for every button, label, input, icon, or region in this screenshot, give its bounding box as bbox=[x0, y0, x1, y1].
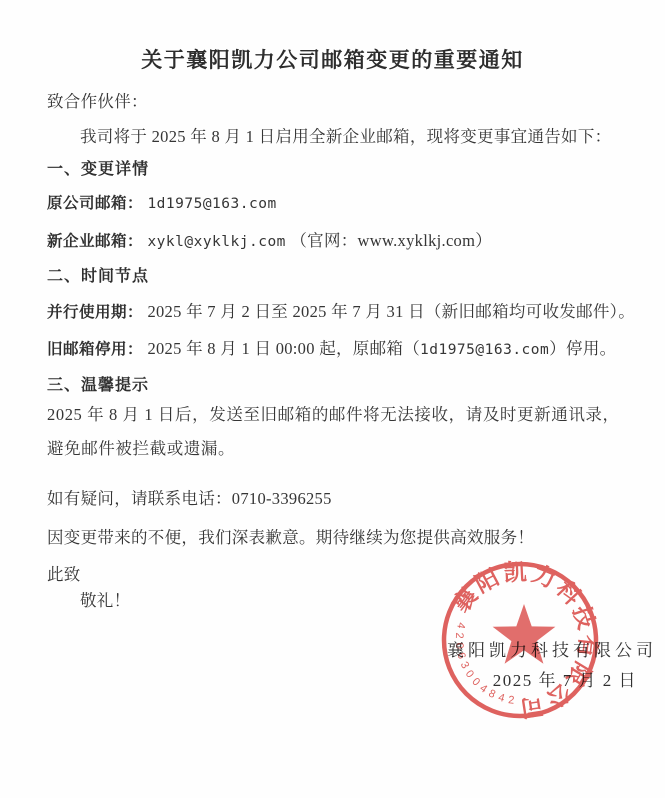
closing-jingli: 敬礼！ bbox=[80, 587, 130, 611]
old-email-line: 原公司邮箱： 1d1975@163.com bbox=[47, 191, 277, 213]
section-heading-2: 二、时间节点 bbox=[47, 263, 149, 286]
stop-text-prefix: 2025 年 8 月 1 日 00:00 起，原邮箱（ bbox=[147, 339, 420, 358]
new-email-line: 新企业邮箱： xykl@xyklkj.com （官网：www.xyklkj.co… bbox=[47, 227, 492, 251]
old-email-stop-label: 旧邮箱停用： bbox=[47, 341, 143, 358]
contact-line: 如有疑问，请联系电话：0710-3396255 bbox=[47, 485, 332, 509]
section-heading-1: 一、变更详情 bbox=[47, 156, 149, 179]
parallel-period-line: 并行使用期： 2025 年 7 月 2 日至 2025 年 7 月 31 日（新… bbox=[47, 298, 635, 322]
old-email-stop-line: 旧邮箱停用： 2025 年 8 月 1 日 00:00 起，原邮箱（1d1975… bbox=[47, 335, 616, 359]
salutation: 致合作伙伴： bbox=[47, 88, 148, 112]
company-seal: 襄阳凯力科技有限公司 420630048426 bbox=[420, 540, 620, 740]
new-email-note: （官网：www.xyklkj.com） bbox=[290, 231, 492, 250]
intro-line: 我司将于 2025 年 8 月 1 日启用全新企业邮箱，现将变更事宜通告如下： bbox=[80, 123, 611, 147]
closing-cizhi: 此致 bbox=[47, 561, 81, 585]
seal-star-icon bbox=[493, 604, 556, 664]
old-email-label: 原公司邮箱： bbox=[47, 195, 143, 212]
old-email-value: 1d1975@163.com bbox=[147, 196, 276, 212]
new-email-value: xykl@xyklkj.com bbox=[147, 234, 285, 250]
new-email-label: 新企业邮箱： bbox=[47, 233, 143, 250]
parallel-period-label: 并行使用期： bbox=[47, 304, 143, 321]
notice-document: 关于襄阳凯力公司邮箱变更的重要通知 致合作伙伴： 我司将于 2025 年 8 月… bbox=[0, 0, 665, 798]
stop-email-value: 1d1975@163.com bbox=[420, 342, 549, 358]
page-title: 关于襄阳凯力公司邮箱变更的重要通知 bbox=[0, 44, 665, 74]
section-heading-3: 三、温馨提示 bbox=[47, 372, 149, 395]
parallel-period-value: 2025 年 7 月 2 日至 2025 年 7 月 31 日（新旧邮箱均可收发… bbox=[147, 302, 635, 321]
stop-text-suffix: ）停用。 bbox=[549, 339, 616, 358]
reminder-paragraph: 2025 年 8 月 1 日后，发送至旧邮箱的邮件将无法接收，请及时更新通讯录，… bbox=[47, 398, 635, 466]
